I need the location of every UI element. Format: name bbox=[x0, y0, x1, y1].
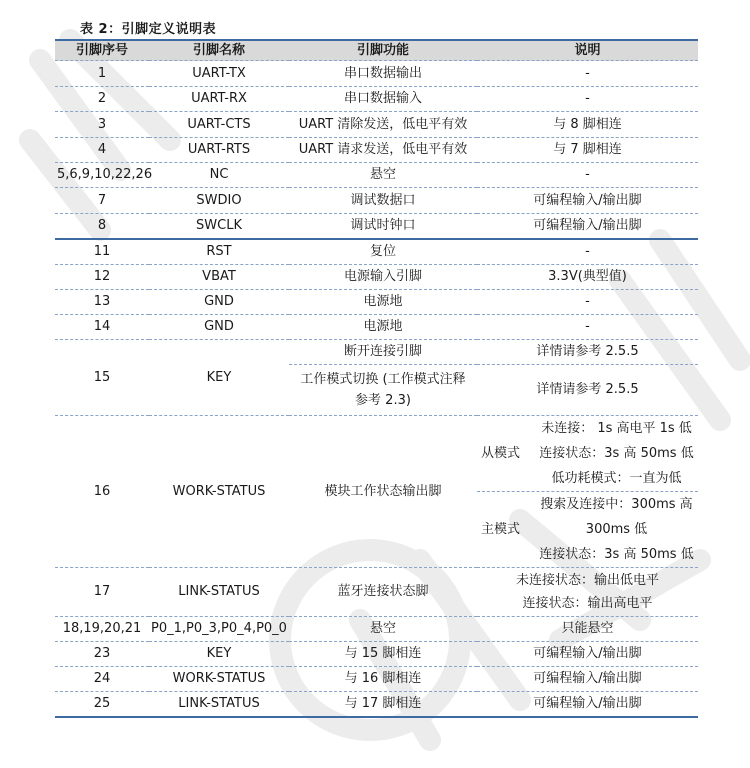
pin-number: 18,19,20,21 bbox=[55, 617, 149, 642]
master-mode-line: 300ms 低 bbox=[537, 517, 696, 542]
pin-number: 16 bbox=[55, 416, 149, 568]
pin-name: SWCLK bbox=[149, 214, 289, 240]
pin-description: 可编程输入/输出脚 bbox=[477, 642, 698, 667]
pin-name: UART-CTS bbox=[149, 112, 289, 138]
pin-description: - bbox=[477, 163, 698, 188]
slave-mode-line: 低功耗模式：一直为低 bbox=[537, 466, 696, 491]
table-row: 12 VBAT 电源输入引脚 3.3V(典型值) bbox=[55, 265, 698, 290]
master-mode-line: 连接状态：3s 高 50ms 低 bbox=[537, 542, 696, 567]
pin-function: 悬空 bbox=[289, 617, 477, 642]
pin-description: 可编程输入/输出脚 bbox=[477, 692, 698, 718]
pin-function: 蓝牙连接状态脚 bbox=[289, 568, 477, 617]
pin-function: 模块工作状态输出脚 bbox=[289, 416, 477, 568]
pin-function: UART 请求发送，低电平有效 bbox=[289, 138, 477, 163]
table-row: 4 UART-RTS UART 请求发送，低电平有效 与 7 脚相连 bbox=[55, 138, 698, 163]
pin-function: 与 15 脚相连 bbox=[289, 642, 477, 667]
pin-number: 3 bbox=[55, 112, 149, 138]
pin-description: 可编程输入/输出脚 bbox=[477, 667, 698, 692]
pin-number: 11 bbox=[55, 239, 149, 265]
pin-number: 12 bbox=[55, 265, 149, 290]
pin-name: SWDIO bbox=[149, 188, 289, 214]
slave-mode-line: 连接状态：3s 高 50ms 低 bbox=[537, 441, 696, 466]
master-mode-line: 搜索及连接中：300ms 高 bbox=[537, 492, 696, 517]
table-row-15a: 15 KEY 断开连接引脚 详情请参考 2.5.5 bbox=[55, 340, 698, 365]
pin-name: P0_1,P0_3,P0_4,P0_0 bbox=[149, 617, 289, 642]
pin-number: 14 bbox=[55, 315, 149, 340]
pin-name: KEY bbox=[149, 340, 289, 416]
table-row: 11 RST 复位 - bbox=[55, 239, 698, 265]
pin-function: 断开连接引脚 bbox=[289, 340, 477, 365]
pin-description: 可编程输入/输出脚 bbox=[477, 214, 698, 240]
pin-function: 电源输入引脚 bbox=[289, 265, 477, 290]
pin-name: UART-RX bbox=[149, 87, 289, 112]
table-row-17: 17 LINK-STATUS 蓝牙连接状态脚 未连接状态：输出低电平 连接状态：… bbox=[55, 568, 698, 617]
pin-name: UART-RTS bbox=[149, 138, 289, 163]
table-header-row: 引脚序号 引脚名称 引脚功能 说明 bbox=[55, 40, 698, 61]
pin-function: 悬空 bbox=[289, 163, 477, 188]
table-row: 13 GND 电源地 - bbox=[55, 290, 698, 315]
pin-function: 与 16 脚相连 bbox=[289, 667, 477, 692]
pin-function: 复位 bbox=[289, 239, 477, 265]
table-row: 1 UART-TX 串口数据输出 - bbox=[55, 61, 698, 87]
pin-function: 调试数据口 bbox=[289, 188, 477, 214]
table-row: 3 UART-CTS UART 清除发送，低电平有效 与 8 脚相连 bbox=[55, 112, 698, 138]
pin-number: 24 bbox=[55, 667, 149, 692]
pin-description: 未连接状态：输出低电平 连接状态：输出高电平 bbox=[477, 568, 698, 617]
pin-function: 工作模式切换 (工作模式注释 参考 2.3) bbox=[289, 365, 477, 416]
pin-name: LINK-STATUS bbox=[149, 568, 289, 617]
pin-name: GND bbox=[149, 290, 289, 315]
slave-mode-label: 从模式 bbox=[479, 445, 537, 463]
pin-name: GND bbox=[149, 315, 289, 340]
pin-function: UART 清除发送，低电平有效 bbox=[289, 112, 477, 138]
pin-function-line: 工作模式切换 (工作模式注释 bbox=[291, 369, 475, 390]
pin-function-text: 断开连接引脚 bbox=[344, 344, 422, 359]
table-row: 23 KEY 与 15 脚相连 可编程输入/输出脚 bbox=[55, 642, 698, 667]
slave-mode-line: 未连接： 1s 高电平 1s 低 bbox=[537, 416, 696, 441]
pin-number: 7 bbox=[55, 188, 149, 214]
slave-mode-cell: 从模式 未连接： 1s 高电平 1s 低 连接状态：3s 高 50ms 低 低功… bbox=[477, 416, 698, 492]
table-row: 18,19,20,21 P0_1,P0_3,P0_4,P0_0 悬空 只能悬空 bbox=[55, 617, 698, 642]
pin-description: 只能悬空 bbox=[477, 617, 698, 642]
pin-description: 详情请参考 2.5.5 bbox=[477, 340, 698, 365]
pin-name: NC bbox=[149, 163, 289, 188]
pin-function-line: 参考 2.3) bbox=[291, 390, 475, 411]
header-pin-name: 引脚名称 bbox=[149, 40, 289, 61]
pin-description: 可编程输入/输出脚 bbox=[477, 188, 698, 214]
pin-description: 与 8 脚相连 bbox=[477, 112, 698, 138]
pin-number: 4 bbox=[55, 138, 149, 163]
pin-number: 23 bbox=[55, 642, 149, 667]
pin-description: - bbox=[477, 87, 698, 112]
pin-description: 3.3V(典型值) bbox=[477, 265, 698, 290]
pin-name: RST bbox=[149, 239, 289, 265]
pin-number: 13 bbox=[55, 290, 149, 315]
master-mode-label: 主模式 bbox=[479, 521, 537, 539]
pin-definition-table: 引脚序号 引脚名称 引脚功能 说明 1 UART-TX 串口数据输出 - 2 U… bbox=[55, 39, 698, 718]
table-row: 5,6,9,10,22,26 NC 悬空 - bbox=[55, 163, 698, 188]
pin-name: WORK-STATUS bbox=[149, 416, 289, 568]
header-description: 说明 bbox=[477, 40, 698, 61]
table-row: 25 LINK-STATUS 与 17 脚相连 可编程输入/输出脚 bbox=[55, 692, 698, 718]
pin-name: LINK-STATUS bbox=[149, 692, 289, 718]
table-row: 2 UART-RX 串口数据输入 - bbox=[55, 87, 698, 112]
pin-description: - bbox=[477, 61, 698, 87]
pin-number: 17 bbox=[55, 568, 149, 617]
pin-number: 2 bbox=[55, 87, 149, 112]
table-row-16a: 16 WORK-STATUS 模块工作状态输出脚 从模式 未连接： 1s 高电平… bbox=[55, 416, 698, 492]
pin-description: - bbox=[477, 315, 698, 340]
pin-name: KEY bbox=[149, 642, 289, 667]
pin-function: 串口数据输出 bbox=[289, 61, 477, 87]
pin-number: 5,6,9,10,22,26 bbox=[55, 163, 149, 188]
table-caption: 表 2：引脚定义说明表 bbox=[80, 18, 216, 37]
pin-name: WORK-STATUS bbox=[149, 667, 289, 692]
pin-function: 电源地 bbox=[289, 290, 477, 315]
table-row: 7 SWDIO 调试数据口 可编程输入/输出脚 bbox=[55, 188, 698, 214]
pin-description: 详情请参考 2.5.5 bbox=[477, 365, 698, 416]
pin-function: 串口数据输入 bbox=[289, 87, 477, 112]
pin-description: - bbox=[477, 239, 698, 265]
header-pin-number: 引脚序号 bbox=[55, 40, 149, 61]
table-row: 8 SWCLK 调试时钟口 可编程输入/输出脚 bbox=[55, 214, 698, 240]
pin-number: 1 bbox=[55, 61, 149, 87]
pin-number: 8 bbox=[55, 214, 149, 240]
pin-description: 与 7 脚相连 bbox=[477, 138, 698, 163]
table-row: 24 WORK-STATUS 与 16 脚相连 可编程输入/输出脚 bbox=[55, 667, 698, 692]
pin-name: UART-TX bbox=[149, 61, 289, 87]
link-status-line: 连接状态：输出高电平 bbox=[479, 592, 696, 615]
pin-function: 电源地 bbox=[289, 315, 477, 340]
pin-number: 25 bbox=[55, 692, 149, 718]
header-pin-function: 引脚功能 bbox=[289, 40, 477, 61]
pin-function: 与 17 脚相连 bbox=[289, 692, 477, 718]
table-row: 14 GND 电源地 - bbox=[55, 315, 698, 340]
pin-number: 15 bbox=[55, 340, 149, 416]
pin-description: - bbox=[477, 290, 698, 315]
master-mode-cell: 主模式 搜索及连接中：300ms 高 300ms 低 连接状态：3s 高 50m… bbox=[477, 492, 698, 568]
link-status-line: 未连接状态：输出低电平 bbox=[479, 569, 696, 592]
pin-name: VBAT bbox=[149, 265, 289, 290]
pin-function: 调试时钟口 bbox=[289, 214, 477, 240]
